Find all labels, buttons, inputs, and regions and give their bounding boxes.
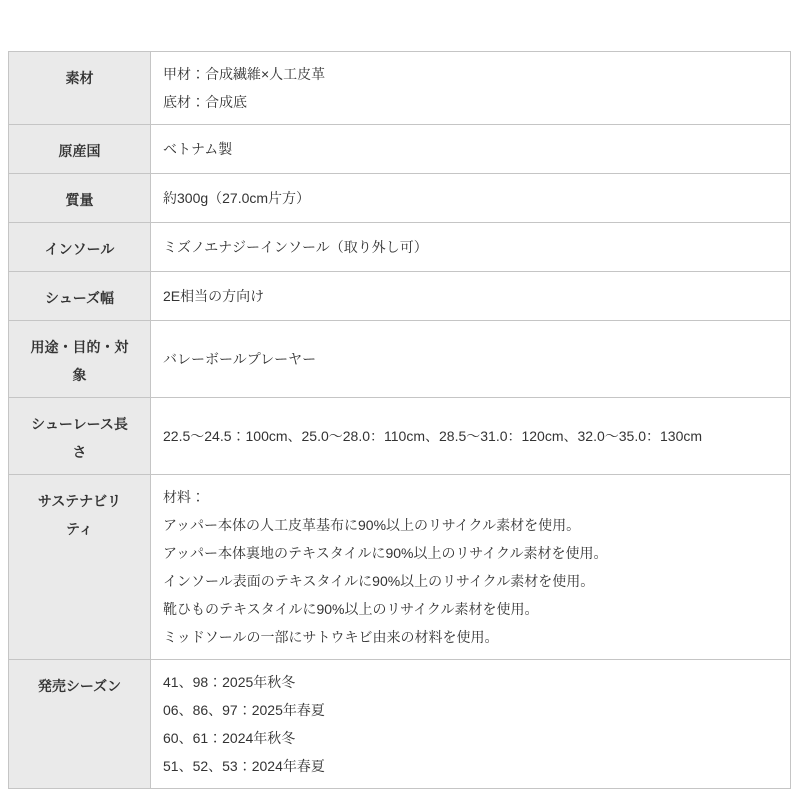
- spec-label: 発売シーズン: [9, 660, 151, 789]
- spec-label: シューズ幅: [9, 272, 151, 321]
- spec-value-line: 甲材：合成繊維×人工皮革: [163, 60, 778, 88]
- spec-value: 2E相当の方向け: [151, 272, 791, 321]
- spec-label: 素材: [9, 52, 151, 125]
- spec-value-line: 51、52、53：2024年春夏: [163, 752, 778, 780]
- spec-value-line: 靴ひものテキスタイルに90%以上のリサイクル素材を使用。: [163, 595, 778, 623]
- spec-value-line: 41、98：2025年秋冬: [163, 668, 778, 696]
- spec-value-line: 材料：: [163, 483, 778, 511]
- spec-row-release-season: 発売シーズン 41、98：2025年秋冬 06、86、97：2025年春夏 60…: [9, 660, 791, 789]
- spec-value: 甲材：合成繊維×人工皮革 底材：合成底: [151, 52, 791, 125]
- spec-label: インソール: [9, 223, 151, 272]
- product-spec-table: 素材 甲材：合成繊維×人工皮革 底材：合成底 原産国 ベトナム製 質量 約300…: [8, 51, 791, 789]
- product-spec-page: 素材 甲材：合成繊維×人工皮革 底材：合成底 原産国 ベトナム製 質量 約300…: [0, 0, 800, 800]
- spec-value-line: アッパー本体の人工皮革基布に90%以上のリサイクル素材を使用。: [163, 511, 778, 539]
- spec-row-purpose-target: 用途・目的・対 象 バレーボールプレーヤー: [9, 321, 791, 398]
- spec-value-line: 06、86、97：2025年春夏: [163, 696, 778, 724]
- spec-value-line: ミッドソールの一部にサトウキビ由来の材料を使用。: [163, 623, 778, 651]
- spec-value: ミズノエナジーインソール（取り外し可）: [151, 223, 791, 272]
- spec-value: バレーボールプレーヤー: [151, 321, 791, 398]
- spec-value: ベトナム製: [151, 125, 791, 174]
- spec-label: 原産国: [9, 125, 151, 174]
- spec-value-line: ベトナム製: [163, 135, 778, 163]
- spec-value-line: 22.5～24.5：100cm、25.0～28.0：110cm、28.5～31.…: [163, 422, 778, 450]
- spec-value-line: ミズノエナジーインソール（取り外し可）: [163, 233, 778, 261]
- spec-value-line: アッパー本体裏地のテキスタイルに90%以上のリサイクル素材を使用。: [163, 539, 778, 567]
- spec-value: 41、98：2025年秋冬 06、86、97：2025年春夏 60、61：202…: [151, 660, 791, 789]
- spec-value: 22.5～24.5：100cm、25.0～28.0：110cm、28.5～31.…: [151, 398, 791, 475]
- spec-row-shoe-width: シューズ幅 2E相当の方向け: [9, 272, 791, 321]
- spec-row-weight: 質量 約300g（27.0cm片方）: [9, 174, 791, 223]
- spec-label: シューレース長 さ: [9, 398, 151, 475]
- spec-value-line: 底材：合成底: [163, 88, 778, 116]
- spec-label: サステナビリ ティ: [9, 475, 151, 660]
- spec-value-line: インソール表面のテキスタイルに90%以上のリサイクル素材を使用。: [163, 567, 778, 595]
- spec-value-line: 約300g（27.0cm片方）: [163, 184, 778, 212]
- spec-value: 約300g（27.0cm片方）: [151, 174, 791, 223]
- spec-label: 質量: [9, 174, 151, 223]
- spec-value-line: バレーボールプレーヤー: [163, 345, 778, 373]
- spec-label: 用途・目的・対 象: [9, 321, 151, 398]
- spec-value-line: 2E相当の方向け: [163, 282, 778, 310]
- spec-row-insole: インソール ミズノエナジーインソール（取り外し可）: [9, 223, 791, 272]
- spec-value-line: 60、61：2024年秋冬: [163, 724, 778, 752]
- spec-row-country-of-origin: 原産国 ベトナム製: [9, 125, 791, 174]
- spec-value: 材料： アッパー本体の人工皮革基布に90%以上のリサイクル素材を使用。 アッパー…: [151, 475, 791, 660]
- spec-row-sustainability: サステナビリ ティ 材料： アッパー本体の人工皮革基布に90%以上のリサイクル素…: [9, 475, 791, 660]
- spec-row-shoelace-length: シューレース長 さ 22.5～24.5：100cm、25.0～28.0：110c…: [9, 398, 791, 475]
- spec-row-material: 素材 甲材：合成繊維×人工皮革 底材：合成底: [9, 52, 791, 125]
